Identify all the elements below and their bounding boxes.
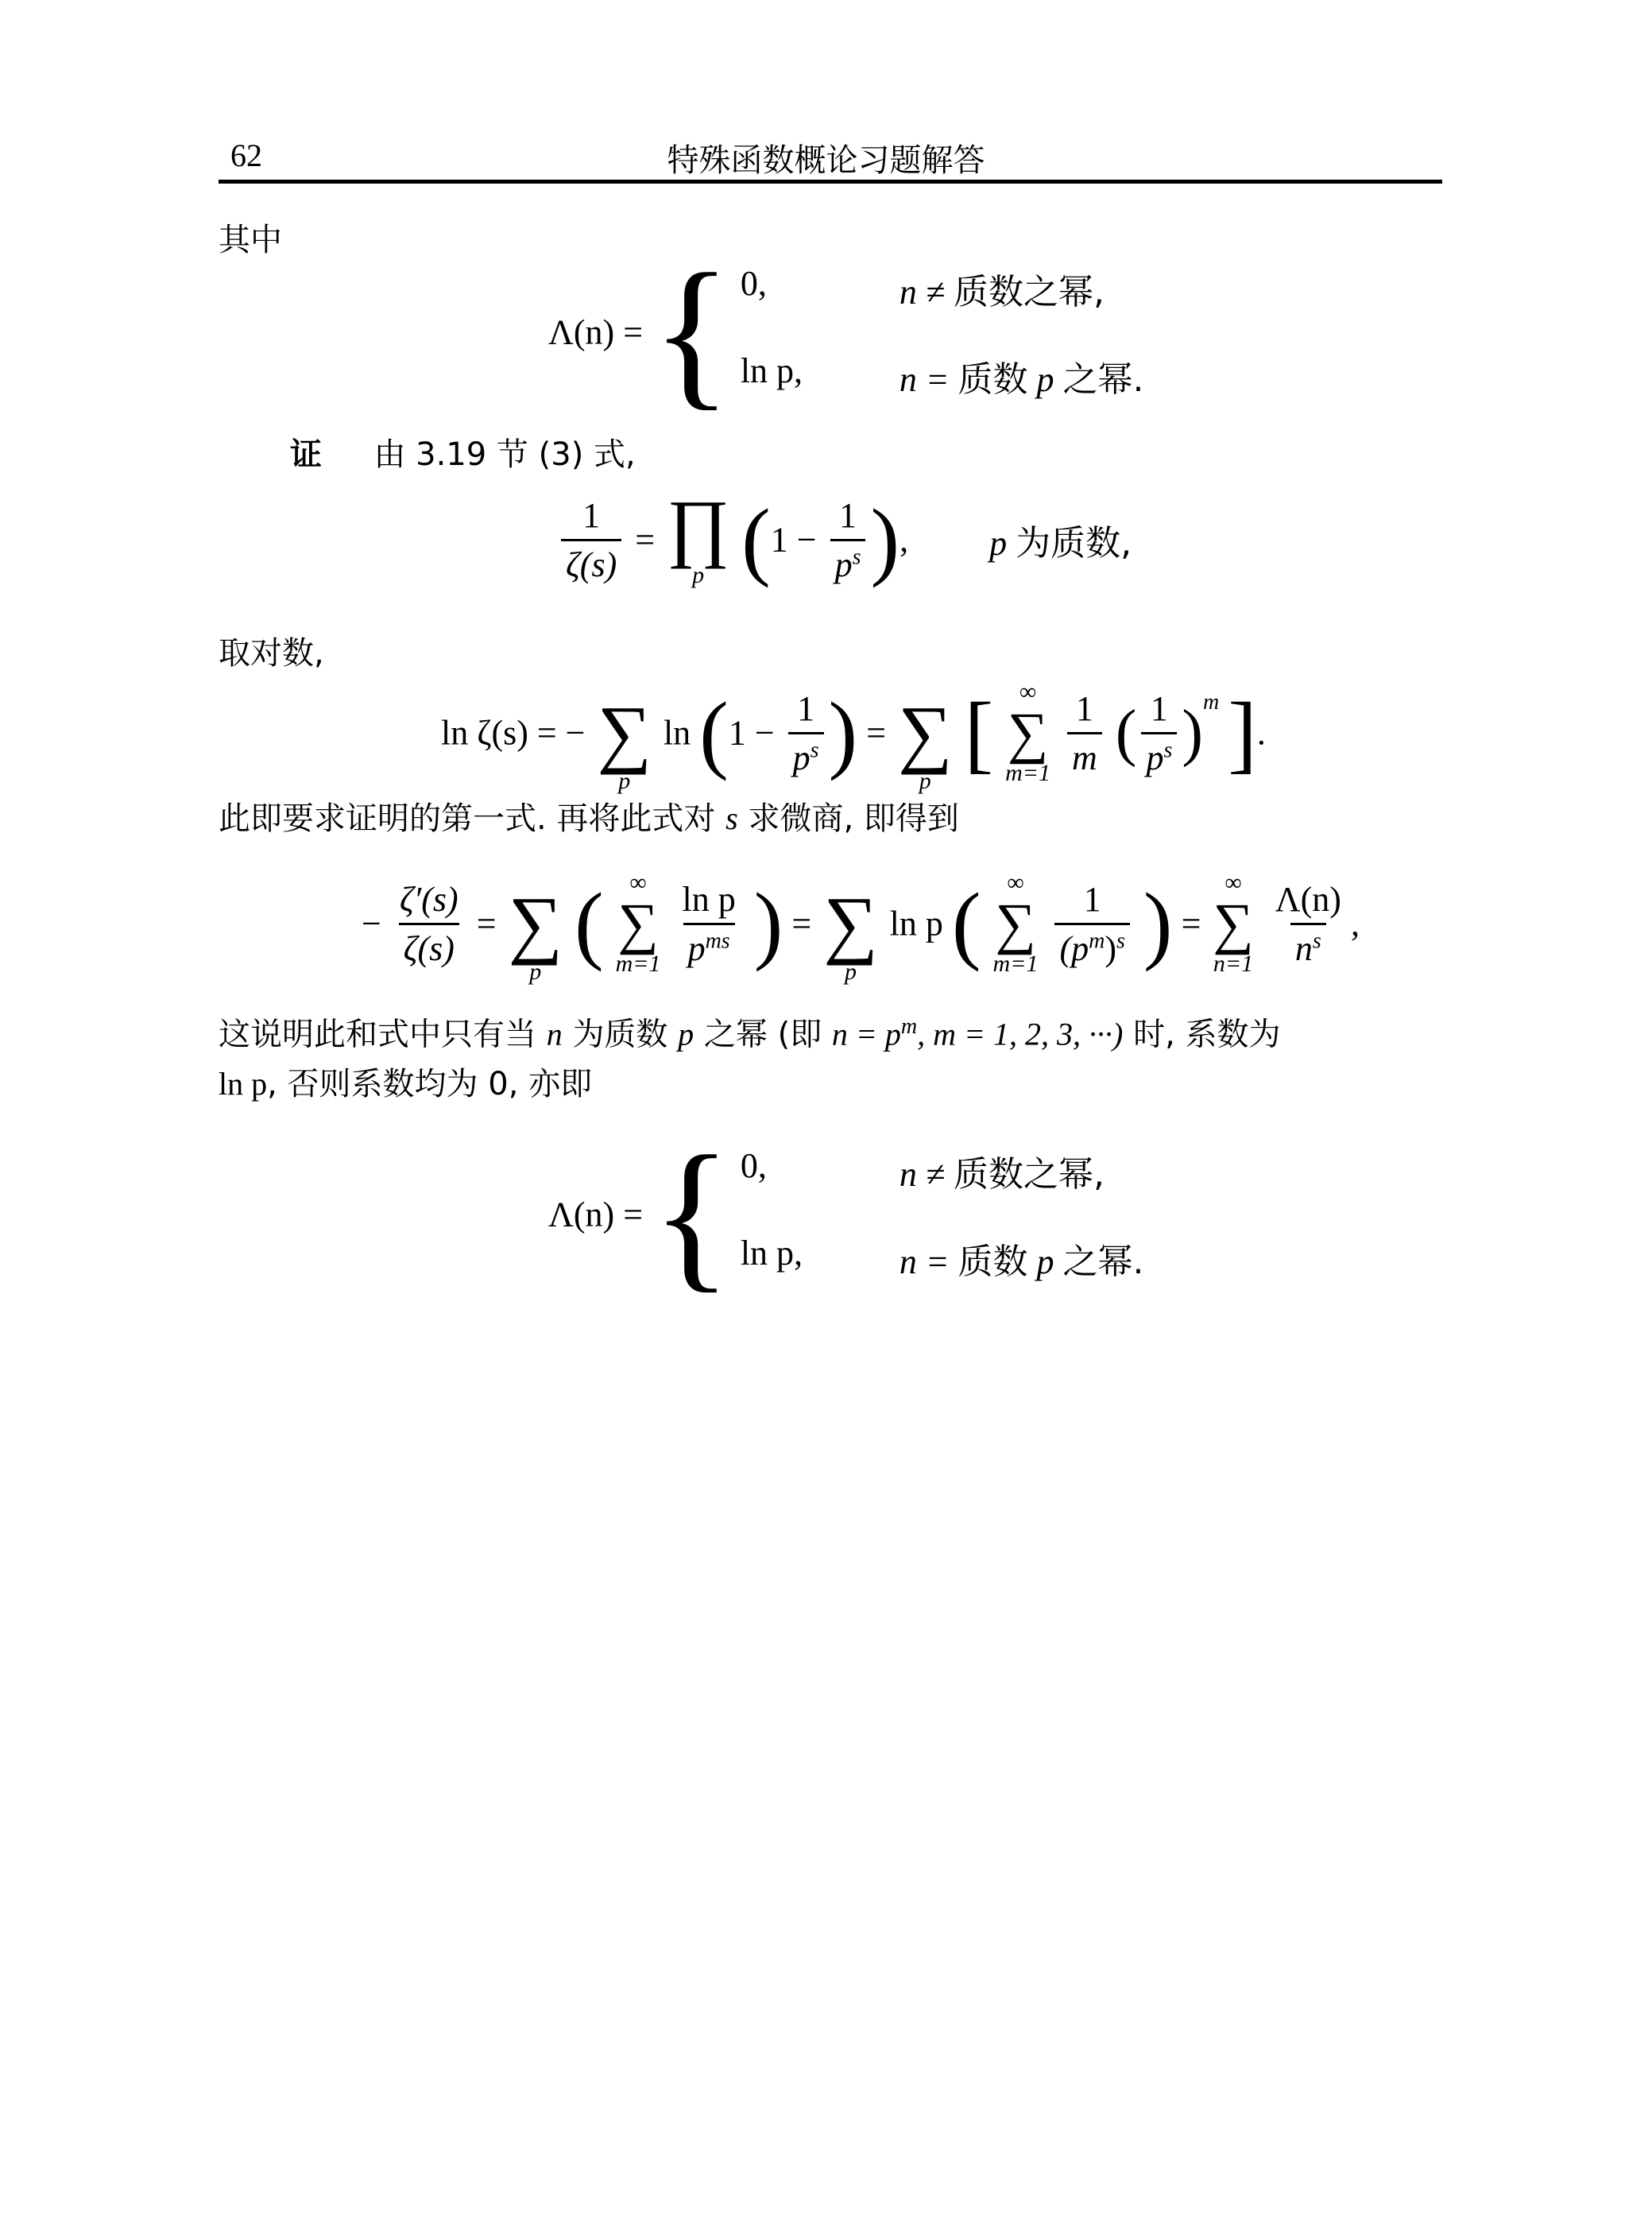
proof-label: 证 <box>290 436 322 473</box>
euler-product-note: p 为质数, <box>989 524 1132 563</box>
lhs-fraction: 1 ζ(s) <box>561 495 621 585</box>
paragraph-conclusion-line2: ln p, 否则系数均为 0, 亦即 <box>219 1065 592 1103</box>
running-title: 特殊函数概论习题解答 <box>0 135 1652 180</box>
euler-product-equation: 1 ζ(s) = ∏ p (1 − 1 ps ), p 为质数, <box>556 491 1132 588</box>
definition-lambda-2: Λ(n) = { 0, n ≠ 质数之幂, ln p, n = 质数 p 之幂. <box>548 1135 1144 1294</box>
case2-condition: n = 质数 p 之幂. <box>900 351 1144 401</box>
case1-value: 0, <box>741 1145 900 1196</box>
cases-block: 0, n ≠ 质数之幂, ln p, n = 质数 p 之幂. <box>741 1145 1144 1284</box>
case1-condition: n ≠ 质数之幂, <box>900 263 1144 314</box>
left-brace: { <box>652 1122 732 1307</box>
header-rule <box>219 180 1442 184</box>
paragraph-derivative: 此即要求证明的第一式. 再将此式对 s 求微商, 即得到 <box>219 800 959 838</box>
case1-value: 0, <box>741 263 900 314</box>
log-derivative-equation: − ζ′(s)ζ(s) = ∑p ( ∞∑m=1 ln ppms ) = ∑p … <box>362 862 1360 985</box>
cases-block: 0, n ≠ 质数之幂, ln p, n = 质数 p 之幂. <box>741 263 1144 401</box>
lambda-lhs: Λ(n) = <box>548 1195 643 1234</box>
case2-value: ln p, <box>741 1233 900 1284</box>
left-brace: { <box>652 240 732 424</box>
product-operator: ∏ p <box>667 491 729 588</box>
proof-reference: 由 3.19 节 (3) 式, <box>373 436 635 473</box>
paragraph-conclusion-line1: 这说明此和式中只有当 n 为质数 p 之幂 (即 n = pm, m = 1, … <box>219 1008 1281 1053</box>
case2-condition: n = 质数 p 之幂. <box>900 1233 1144 1284</box>
log-expansion-equation: ln ζ(s) = − ∑p ln (1 − 1ps) = ∑p [ ∞∑m=1… <box>441 672 1266 794</box>
proof-intro: 证 由 3.19 节 (3) 式, <box>290 436 636 474</box>
lambda-lhs: Λ(n) = <box>548 313 643 352</box>
definition-lambda-1: Λ(n) = { 0, n ≠ 质数之幂, ln p, n = 质数 p 之幂. <box>548 253 1144 412</box>
take-log-text: 取对数, <box>219 634 324 672</box>
case1-condition: n ≠ 质数之幂, <box>900 1145 1144 1196</box>
intro-text: 其中 <box>219 221 282 259</box>
case2-value: ln p, <box>741 351 900 401</box>
